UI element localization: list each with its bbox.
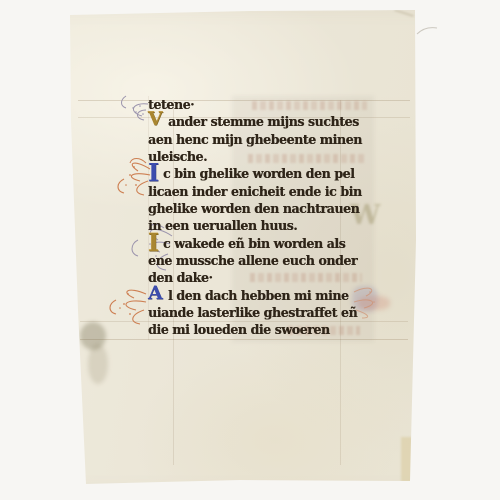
manuscript-line: Ic wakede eñ bin worden als (148, 235, 362, 252)
line-text: ander stemme mijns suchtes (168, 113, 359, 130)
manuscript-line: uleische. (148, 148, 362, 165)
manuscript-line: tetene· (148, 96, 362, 113)
manuscript-line: den dake· (148, 269, 362, 286)
manuscript-line: Al den dach hebben mi mine (148, 287, 362, 304)
penwork-flourish-red (102, 282, 148, 328)
penwork-flourish-red (110, 155, 152, 205)
manuscript-line: in een ueruallen huus. (148, 217, 362, 234)
decorated-initial: A (148, 284, 163, 303)
manuscript-line: Vander stemme mijns suchtes (148, 113, 362, 130)
manuscript-line: aen henc mijn ghebeente minen (148, 131, 362, 148)
line-text: ene mussche allene euch onder (148, 252, 357, 269)
backdrop-scratch (416, 24, 438, 38)
photo-backdrop: W (0, 0, 500, 500)
manuscript-line: uiande lasterlike ghestraffet eñ (148, 304, 362, 321)
decorated-initial: V (148, 110, 163, 129)
line-text: c bin ghelike worden den pel (163, 165, 354, 182)
manuscript-line: die mi loueden die swoeren (148, 321, 362, 338)
line-text: l den dach hebben mi mine (168, 287, 349, 304)
manuscript-line: licaen inder enicheit ende ic bin (148, 183, 362, 200)
manuscript-leaf: W (0, 0, 500, 500)
manuscript-line: Ic bin ghelike worden den pel (148, 165, 362, 182)
stain (88, 344, 108, 384)
text-block: tetene·Vander stemme mijns suchtesaen he… (148, 96, 362, 339)
line-text: die mi loueden die swoeren (148, 321, 330, 338)
line-text: ghelike worden den nachtrauen (148, 200, 359, 217)
line-text: aen henc mijn ghebeente minen (148, 131, 362, 148)
manuscript-line: ene mussche allene euch onder (148, 252, 362, 269)
penwork-flourish-purple (118, 92, 152, 132)
discoloured-strip (401, 437, 414, 482)
line-text: in een ueruallen huus. (148, 217, 297, 234)
line-text: uiande lasterlike ghestraffet eñ (148, 304, 357, 321)
manuscript-line: ghelike worden den nachtrauen (148, 200, 362, 217)
line-text: c wakede eñ bin worden als (163, 235, 345, 252)
line-text: licaen inder enicheit ende ic bin (148, 183, 362, 200)
